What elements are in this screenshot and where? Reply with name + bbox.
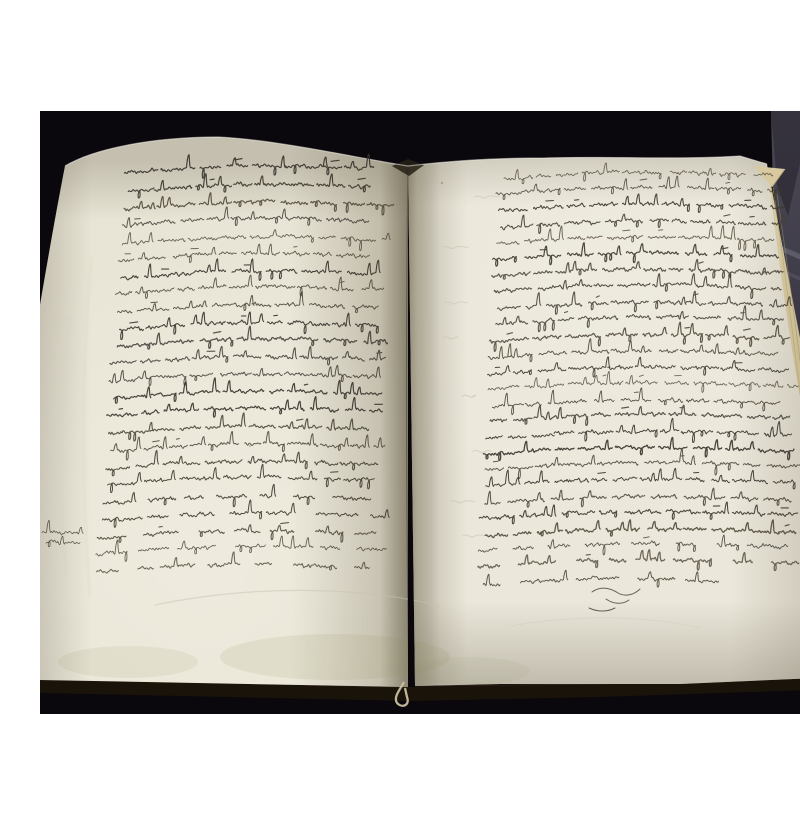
- photo-scene: [40, 16, 800, 816]
- manuscript-photograph: Open antique manuscript book with two fa…: [40, 16, 800, 816]
